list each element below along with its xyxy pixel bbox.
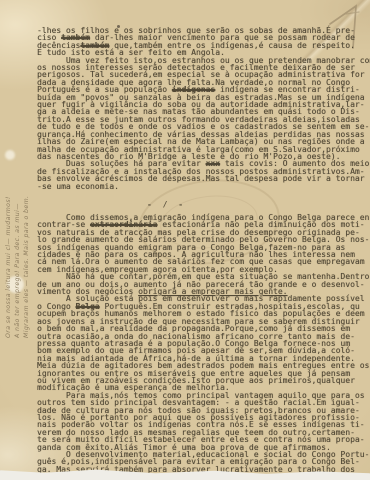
typed-text-block-b: Como dissemos,a emigração indígena para … [37,214,367,473]
section-divider: - / - [147,200,186,209]
typed-text-block-a: -lhes os filhos e os sobrinhos que serão… [37,27,367,190]
scanned-document: Ora se nossa leitura mui cl— mudarmos! A… [0,0,370,480]
handwritten-margin-annotation: Ora se nossa leitura mui cl— mudarmos! A… [4,103,31,338]
margin-note-line: A não ter emprego! Para dec. as mui— [13,103,22,338]
margin-note-line: Migraram eles — tales. Mais para o bem. [22,103,31,338]
margin-note-line: Ora se nossa leitura mui cl— mudarmos! [4,103,13,338]
typed-line: -se uma economia. [37,183,367,190]
